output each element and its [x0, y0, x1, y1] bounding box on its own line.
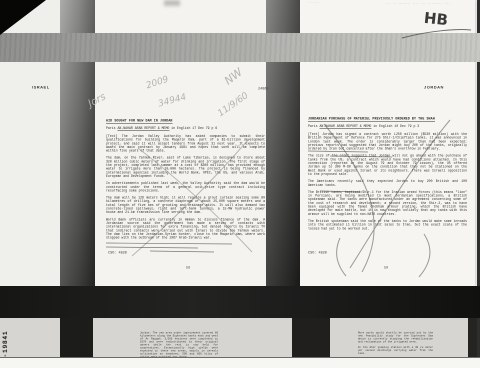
- film-corner-triangle: [0, 0, 46, 35]
- black-divider-band: [0, 286, 480, 318]
- left-paragraph: [Text] The Jordan Valley Authority has a…: [106, 135, 265, 153]
- left-article-title: AID SOUGHT FOR NEW DAM IN JORDAN: [106, 119, 265, 123]
- right-paragraph: The Americans recently said they expecte…: [308, 180, 467, 187]
- left-page-text: AID SOUGHT FOR NEW DAM IN JORDAN Paris A…: [106, 119, 265, 243]
- center-gap-strip-lower: [292, 318, 330, 358]
- right-page-number: 59: [384, 266, 388, 270]
- country-label-jordan: JORDAN: [424, 85, 444, 90]
- right-paragraph: The British spokesman said the sale of t…: [308, 219, 467, 230]
- reviewer-initials: HB: [423, 9, 449, 29]
- right-cso-code: CSO: 4820: [308, 251, 327, 255]
- left-page-number: 58: [186, 266, 190, 270]
- right-paragraph: The British tanks, baptized Shir-1 for t…: [308, 190, 467, 216]
- left-article-source: Paris AN-NAHAR ARAB REPORT & MEMO in Eng…: [106, 127, 265, 131]
- top-edge-fragment-left: ·· ····: [308, 1, 320, 5]
- country-label-israel: ISRAEL: [32, 85, 50, 90]
- underlying-right-text: More works would shortly be carried out …: [358, 332, 433, 358]
- right-article-source: Paris AN-NAHAR ARAB REPORT & MEMO in Eng…: [308, 125, 467, 129]
- bottom-margin-strip: [0, 357, 480, 368]
- left-gap-strip-lower: [60, 318, 93, 358]
- left-cso-code: CSO: 4820: [108, 251, 127, 255]
- right-paragraph: [Text] Jordan has signed a contract wort…: [308, 133, 467, 151]
- top-edge-fragment-right: ··· ·· ········ ···· ··· ·· ······ ····: [386, 2, 450, 6]
- scanned-document-photograph: ISRAEL JORDAN 24960 AID SOUGHT FOR NEW D…: [0, 0, 480, 368]
- left-paragraph: World Bank officials are currently in Am…: [106, 218, 265, 240]
- top-tape-band: [0, 33, 480, 62]
- right-article-title: JORDANIAN PURCHASE OF MATERIEL PREVIOUSL…: [308, 117, 467, 121]
- accession-stamp: 24960: [258, 87, 269, 91]
- left-paragraph: In advertisements published last week, t…: [106, 182, 265, 193]
- left-paragraph: The dam, on the Yarmuk River, east of La…: [106, 156, 265, 178]
- right-page-text: JORDANIAN PURCHASE OF MATERIEL PREVIOUSL…: [308, 117, 467, 234]
- right-paragraph: The size of the order suggests that Jord…: [308, 154, 467, 176]
- top-edge-smudge: [164, 0, 180, 6]
- left-paragraph: The dam will be 126 meters high; it will…: [106, 196, 265, 214]
